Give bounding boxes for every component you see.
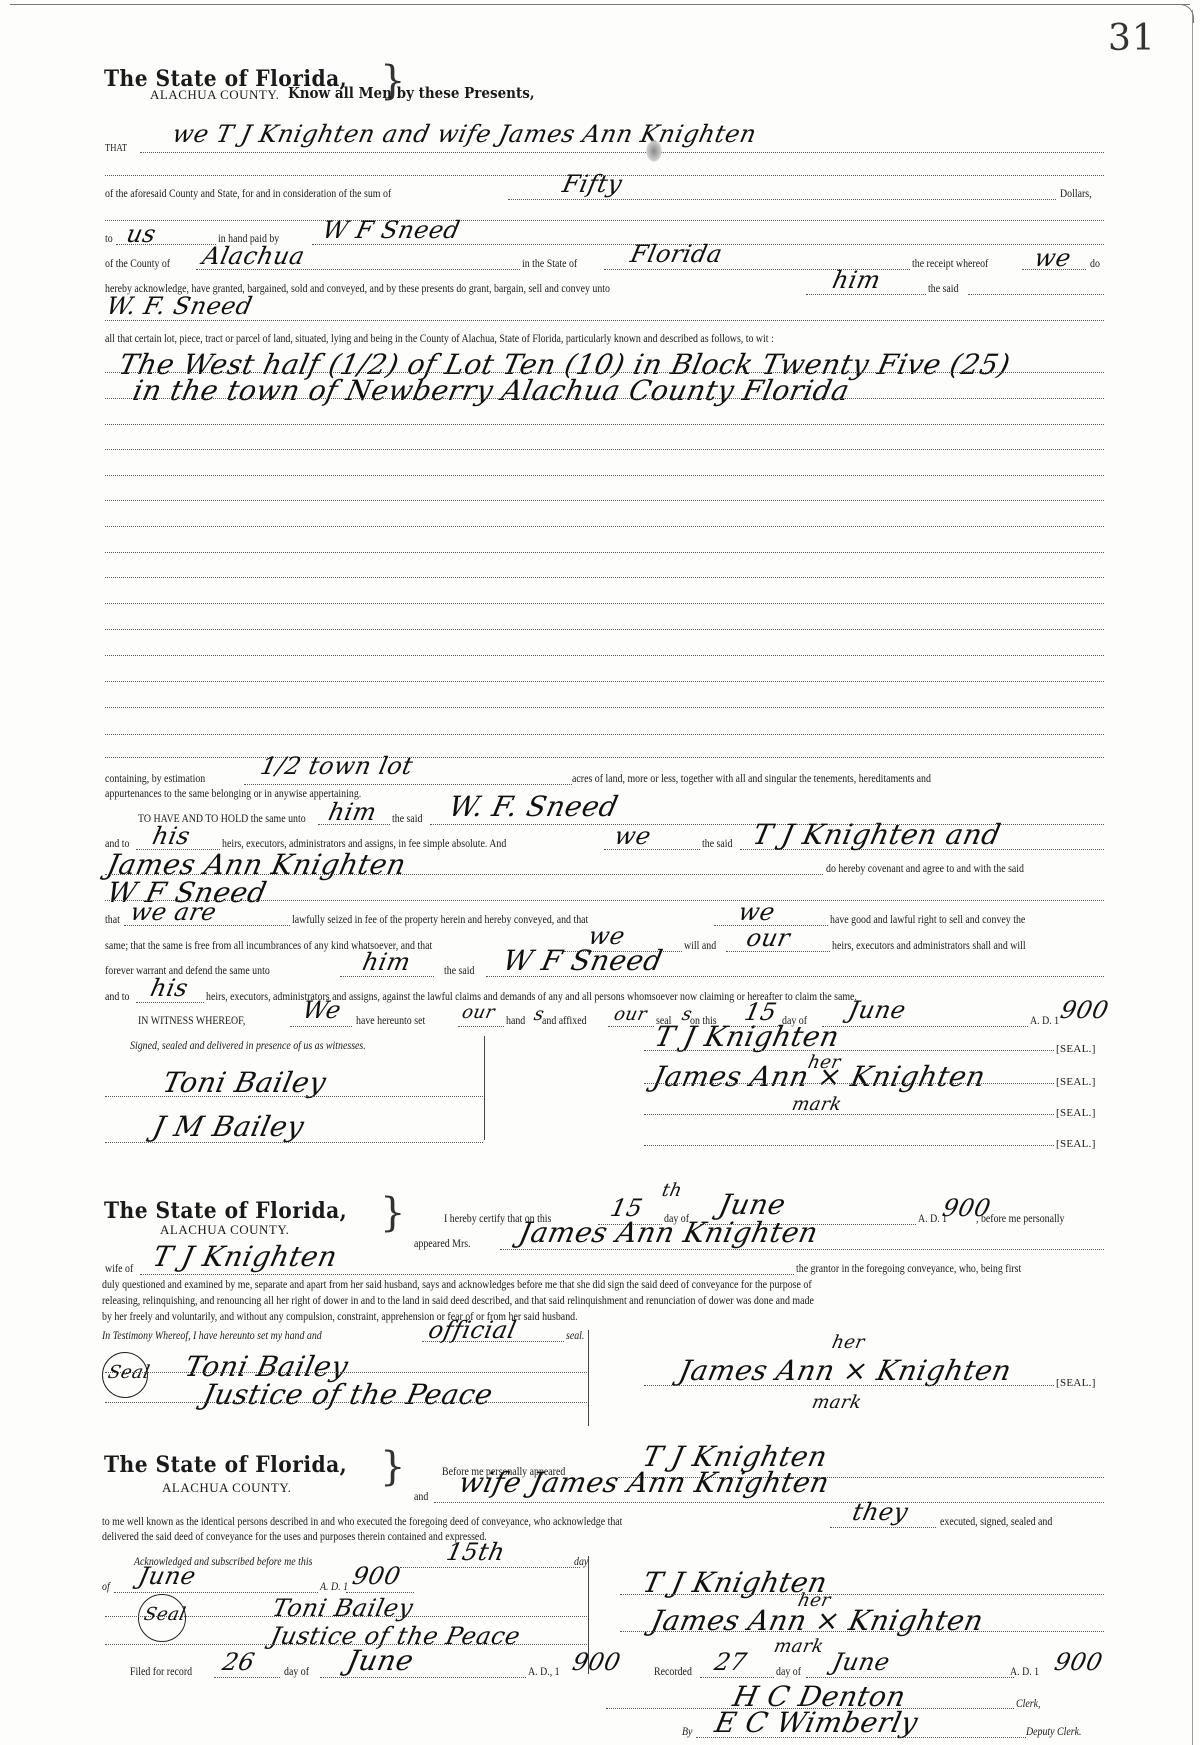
covenantor-handwriting-1: T J Knighten and [750, 818, 1004, 851]
dower-paragraph-line-1: duly questioned and examined by me, sepa… [102, 1277, 1093, 1293]
and-handwriting: wife James Ann Knighten [456, 1466, 832, 1499]
description-line-2: in the town of Newberry Alachua County F… [130, 374, 853, 407]
consideration-label: of the aforesaid County and State, for a… [105, 188, 391, 201]
ack-month-handwriting: June [136, 1562, 199, 1590]
acres-text: acres of land, more or less, together wi… [572, 773, 931, 786]
containing-handwriting: 1/2 town lot [258, 752, 416, 780]
land-text: all that certain lot, piece, tract or pa… [105, 333, 774, 346]
page-number: 31 [1108, 18, 1156, 59]
witness-heading: Signed, sealed and delivered in presence… [130, 1040, 366, 1053]
county-label: of the County of [105, 258, 170, 271]
rule [136, 1002, 204, 1003]
filed-month-handwriting: June [344, 1644, 417, 1677]
rule [105, 449, 1104, 450]
rule [644, 1083, 1054, 1084]
rule [500, 1249, 1104, 1250]
known-handwriting: they [850, 1498, 911, 1526]
rule [400, 1567, 580, 1568]
rule [105, 734, 1104, 735]
month-handwriting: June [846, 996, 909, 1024]
deed-page: 31 The State of Florida, } Know all Men … [0, 0, 1200, 1745]
rule [608, 1026, 654, 1027]
rule [968, 294, 1104, 295]
rule [508, 199, 1056, 200]
that-label-2: that [105, 914, 120, 927]
appeared-label: appeared Mrs. [414, 1238, 471, 1251]
rule [696, 1737, 1026, 1738]
covenant-handwriting: we [612, 822, 654, 850]
rule [105, 629, 1104, 630]
grant-handwriting: him [830, 266, 883, 294]
clerk-label: Clerk, [1016, 1698, 1040, 1711]
mark-label: mark [790, 1094, 844, 1115]
officer-title: Justice of the Peace [200, 1378, 496, 1411]
recorded-day-of-label: day of [776, 1666, 801, 1679]
grantee-handwriting: W. F. Sneed [104, 292, 255, 320]
rule [105, 655, 1104, 656]
recorded-ad-label: A. D. 1 [1010, 1666, 1039, 1679]
known-text: to me well known as the identical person… [102, 1516, 622, 1529]
rule [620, 1594, 1104, 1595]
rule [105, 1096, 483, 1097]
by-label: By [682, 1726, 692, 1739]
rule [105, 1142, 483, 1143]
county-heading-3: ALACHUA COUNTY. [162, 1480, 291, 1496]
rule [105, 707, 1104, 708]
deputy-signature: E C Wimberly [712, 1706, 921, 1739]
warrant-said-label: the said [444, 965, 474, 978]
wife-of-label: wife of [105, 1263, 133, 1276]
recorded-year-handwriting: 900 [1052, 1648, 1105, 1676]
rule [105, 681, 1104, 682]
rule [244, 784, 572, 785]
rule [644, 1050, 1054, 1051]
to-label: to [105, 233, 113, 246]
mark-label-3: mark [772, 1636, 826, 1657]
county-heading-2: ALACHUA COUNTY. [160, 1222, 289, 1238]
presents-heading: Know all Men by these Presents, [288, 84, 535, 102]
rule [105, 475, 1104, 476]
rule [822, 1026, 1028, 1027]
grantor-text: the grantor in the foregoing conveyance,… [796, 1263, 1021, 1276]
our-handwriting-2: our [460, 1002, 497, 1023]
seal-circle-text-2: Seal [142, 1604, 188, 1625]
the-said-label: the said [928, 283, 958, 296]
seal-label-right: [SEAL.] [1056, 1377, 1096, 1389]
habendum-said-label: the said [392, 813, 422, 826]
rule [105, 900, 1104, 901]
seal-label-3: [SEAL.] [1056, 1107, 1096, 1119]
affixed-label: and affixed [542, 1015, 587, 1028]
rule [320, 1677, 526, 1678]
page-right-edge [1192, 10, 1193, 1745]
signer-1-signature: T J Knighten [652, 1020, 842, 1053]
rule [105, 398, 1104, 399]
grantors-handwriting: we T J Knighten and wife James Ann Knigh… [170, 120, 759, 148]
rule [140, 152, 1104, 153]
our-handwriting: our [744, 924, 793, 952]
dower-paragraph-line-3: by her freely and voluntarily, and witho… [102, 1309, 1093, 1325]
rule [105, 603, 1104, 604]
before-label: , before me personally [976, 1213, 1064, 1226]
mark-label-2: mark [810, 1392, 864, 1413]
signer-2-signature: James Ann × Knighten [650, 1060, 989, 1093]
heirs-text-2: heirs, executors and administrators shal… [832, 940, 1026, 953]
rule [644, 1145, 1054, 1146]
rule [346, 1592, 414, 1593]
ack-day-label: day [574, 1556, 588, 1569]
rule [105, 320, 1104, 321]
witness-2-signature: J M Bailey [150, 1110, 307, 1143]
testimony-label: In Testimony Whereof, I have hereunto se… [102, 1330, 322, 1343]
habendum-handwriting: him [326, 798, 379, 826]
seal-label-2: [SEAL.] [1056, 1076, 1096, 1088]
rule [214, 1677, 280, 1678]
rule [700, 1677, 774, 1678]
rule [105, 1372, 587, 1373]
rule [114, 1592, 318, 1593]
page-corner [1175, 4, 1194, 23]
dollars-label: Dollars, [1060, 188, 1092, 201]
that-label: THAT [105, 142, 127, 155]
testimony-handwriting: official [426, 1316, 519, 1344]
filed-day-handwriting: 26 [220, 1648, 257, 1676]
and-to-handwriting-2: his [148, 974, 191, 1002]
th-handwriting: th [660, 1180, 684, 1201]
page-top-edge [10, 4, 1190, 5]
right-text: have good and lawful right to sell and c… [830, 914, 1025, 927]
rule [105, 424, 1104, 425]
rule [105, 1644, 587, 1645]
witness-brace [484, 1036, 485, 1140]
witness-1-signature: Toni Bailey [160, 1066, 329, 1099]
her-label-2: her [830, 1332, 867, 1353]
testimony-brace [588, 1330, 589, 1426]
do-label: do [1090, 258, 1100, 271]
and-label: and [414, 1491, 428, 1504]
containing-label: containing, by estimation [105, 773, 205, 786]
signer-2-signature-3: James Ann × Knighten [648, 1604, 987, 1637]
appurtenances-text: appurtenances to the same belonging or i… [105, 788, 361, 801]
delivered-text: delivered the said deed of conveyance fo… [102, 1531, 487, 1544]
will-and-label: will and [684, 940, 716, 953]
hereunto-label: have hereunto set [356, 1015, 425, 1028]
covenant-said-label: the said [702, 838, 732, 851]
state-handwriting: Florida [628, 240, 725, 268]
rule [458, 1026, 504, 1027]
executed-text: executed, signed, sealed and [940, 1516, 1052, 1529]
state-heading-3: The State of Florida, [104, 1452, 347, 1478]
rule [434, 1502, 1104, 1503]
seal-label-1: [SEAL.] [1056, 1043, 1096, 1055]
rule [830, 1527, 936, 1528]
brace-2: } [380, 1190, 405, 1236]
rule [105, 577, 1104, 578]
rule [105, 526, 1104, 527]
receipt-handwriting: we [1032, 244, 1074, 272]
seized-text: lawfully seized in fee of the property h… [292, 914, 588, 927]
officer-signature-2: Toni Bailey [270, 1594, 416, 1622]
filed-ad-label: A. D., 1 [528, 1666, 560, 1679]
warrant-handwriting: him [360, 948, 413, 976]
rule [105, 220, 1104, 221]
state-heading-2: The State of Florida, [104, 1198, 347, 1224]
rule [806, 1677, 1014, 1678]
rule [644, 1385, 1054, 1386]
seal-label-2a: seal. [566, 1330, 584, 1343]
witness-label: IN WITNESS WHEREOF, [138, 1015, 245, 1028]
state-label: in the State of [522, 258, 577, 271]
ack-year-handwriting: 900 [350, 1562, 403, 1590]
filed-day-of-label: day of [284, 1666, 309, 1679]
ad-label: A. D. 1 [1030, 1015, 1059, 1028]
and-to-handwriting: his [150, 822, 193, 850]
and-to-label-2: and to [105, 991, 129, 1004]
filed-year-handwriting: 900 [570, 1648, 623, 1676]
rule [105, 500, 1104, 501]
deputy-label: Deputy Clerk. [1026, 1726, 1081, 1739]
our-handwriting-3: our [612, 1004, 649, 1025]
appeared-handwriting: James Ann Knighten [516, 1216, 821, 1249]
rule [105, 757, 1104, 758]
rule [105, 372, 1104, 373]
of-label: of [102, 1581, 110, 1594]
receipt-label: the receipt whereof [912, 258, 988, 271]
seized-handwriting: we are [128, 898, 219, 926]
witness-handwriting: We [300, 996, 344, 1024]
consideration-handwriting: Fifty [560, 170, 625, 198]
seal-label-4: [SEAL.] [1056, 1138, 1096, 1150]
recorded-month-handwriting: June [830, 1648, 893, 1676]
warrant-grantee-handwriting: W F Sneed [500, 944, 666, 977]
habendum-grantee-handwriting: W. F. Sneed [446, 790, 621, 823]
signer-signature-2: James Ann × Knighten [676, 1354, 1015, 1387]
rule [806, 294, 926, 295]
rule [140, 1274, 794, 1275]
year-handwriting: 900 [1058, 996, 1111, 1024]
dower-paragraph-line-2: releasing, relinquishing, and renouncing… [102, 1293, 1093, 1309]
recorded-label: Recorded [654, 1666, 692, 1679]
recorded-day-handwriting: 27 [712, 1648, 749, 1676]
right-handwriting: we [736, 898, 778, 926]
ink-smudge [646, 140, 662, 162]
paid-by-handwriting: W F Sneed [320, 216, 463, 244]
rule [105, 1616, 587, 1617]
rule [290, 1026, 352, 1027]
filed-label: Filed for record [130, 1666, 192, 1679]
to-handwriting: us [124, 220, 159, 248]
ack-day-handwriting: 15th [444, 1538, 508, 1566]
rule [105, 552, 1104, 553]
county-handwriting: Alachua [200, 242, 307, 270]
rule [340, 976, 434, 977]
ad-label-3: A. D. 1 [320, 1581, 348, 1594]
wife-of-handwriting: T J Knighten [150, 1240, 340, 1273]
rule [105, 1402, 587, 1403]
rule [620, 1631, 1104, 1632]
covenant-text: do hereby covenant and agree to and with… [826, 863, 1024, 876]
county-heading: ALACHUA COUNTY. [150, 87, 279, 103]
rule [644, 1114, 1054, 1115]
brace-3: } [380, 1444, 405, 1490]
rule [105, 874, 823, 875]
hand-label: hand [506, 1015, 525, 1028]
